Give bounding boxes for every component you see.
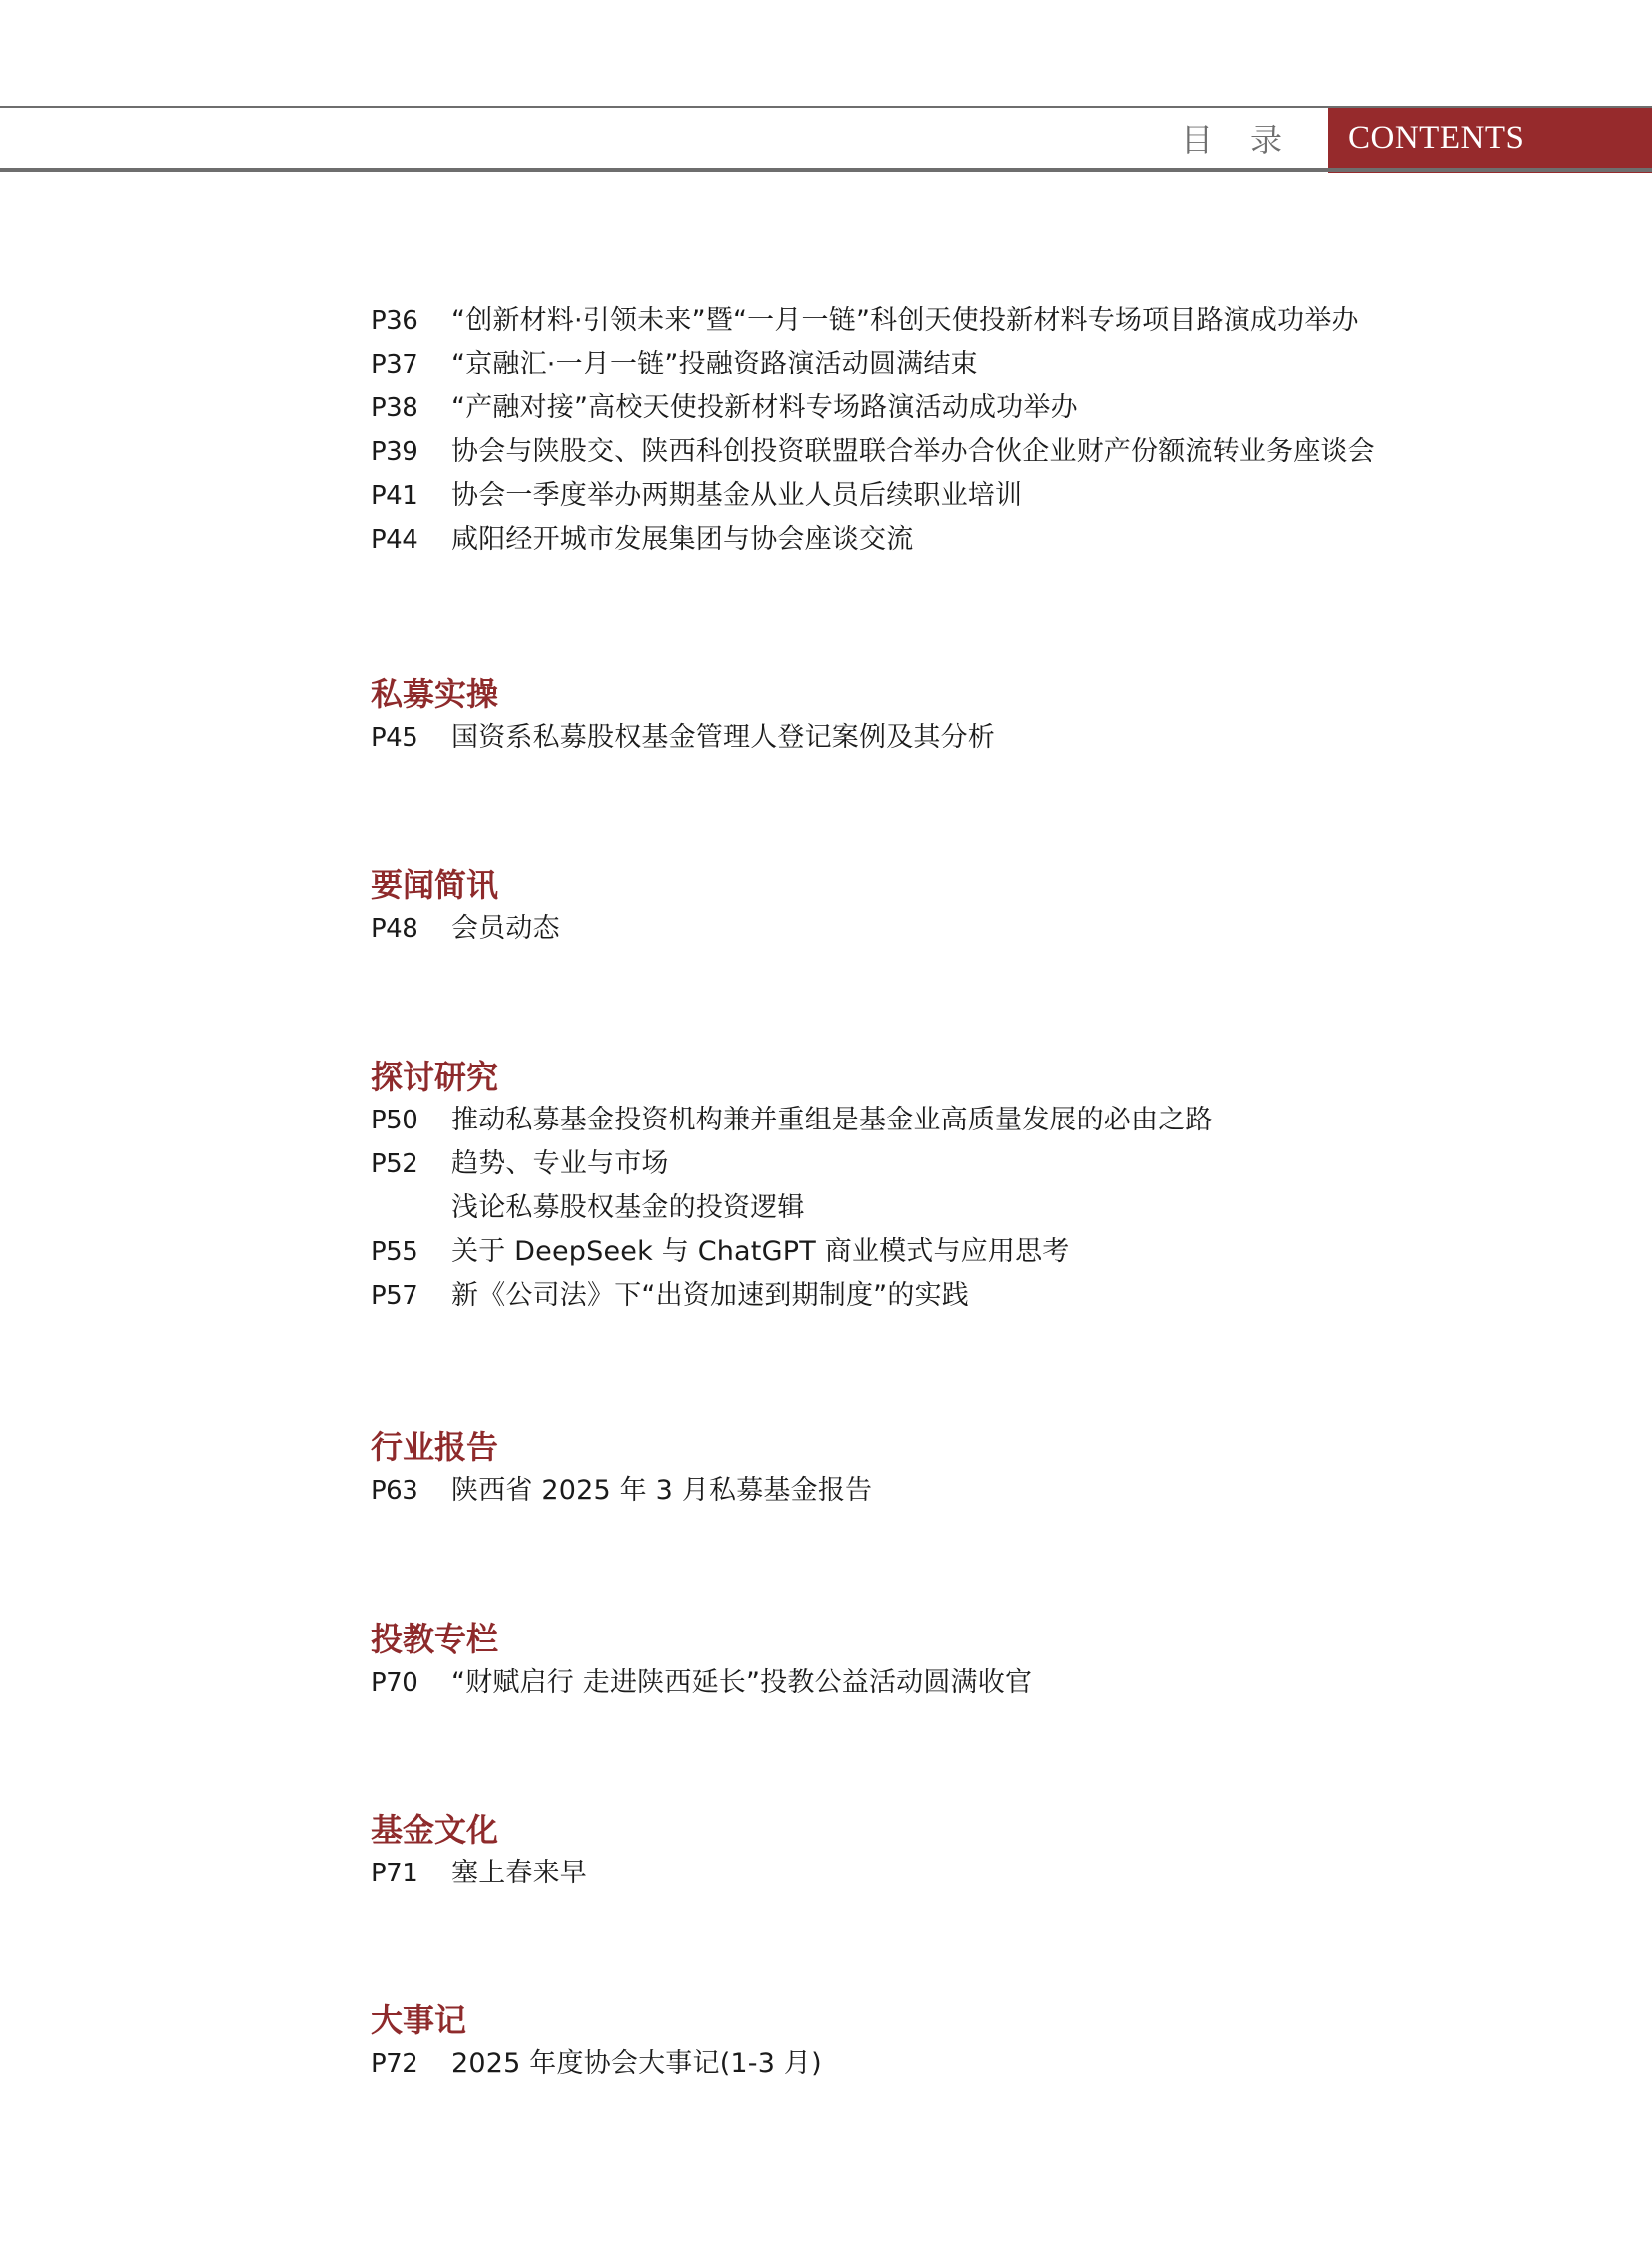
section-heading: 行业报告 <box>371 1425 498 1469</box>
section-investor-education: 投教专栏 P70 “财赋启行 走进陕西延长”投教公益活动圆满收官 <box>371 1617 498 1705</box>
mulu-char-2: 录 <box>1250 118 1282 162</box>
entry-title[interactable]: 2025 年度协会大事记(1-3 月) <box>451 2042 822 2086</box>
toc-entry-continuation[interactable]: 浅论私募股权基金的投资逻辑 <box>371 1186 498 1230</box>
toc-entry[interactable]: P50 推动私募基金投资机构兼并重组是基金业高质量发展的必由之路 <box>371 1099 498 1142</box>
page-number: P55 <box>371 1230 440 1274</box>
section-news-brief: 要闻简讯 P48 会员动态 <box>371 863 498 951</box>
section-industry-report: 行业报告 P63 陕西省 2025 年 3 月私募基金报告 <box>371 1425 498 1513</box>
page-number: P36 <box>371 299 440 343</box>
toc-entry[interactable]: P71 塞上春来早 <box>371 1852 498 1895</box>
entry-title[interactable]: 协会一季度举办两期基金从业人员后续职业培训 <box>451 474 1022 518</box>
section-private-practice: 私募实操 P45 国资系私募股权基金管理人登记案例及其分析 <box>371 672 498 760</box>
entry-title[interactable]: 咸阳经开城市发展集团与协会座谈交流 <box>451 518 913 562</box>
mulu-char-1: 目 <box>1181 118 1213 162</box>
toc-entry[interactable]: P48 会员动态 <box>371 907 498 951</box>
header-bottom-rule <box>0 168 1652 172</box>
toc-entry[interactable]: P52 趋势、专业与市场 <box>371 1142 498 1186</box>
page-number: P57 <box>371 1274 440 1318</box>
entry-title[interactable]: “京融汇·一月一链”投融资路演活动圆满结束 <box>451 343 978 386</box>
entry-title[interactable]: 新《公司法》下“出资加速到期制度”的实践 <box>451 1274 969 1318</box>
entry-title[interactable]: “产融对接”高校天使投新材料专场路演活动成功举办 <box>451 386 1078 430</box>
section-heading: 基金文化 <box>371 1808 498 1852</box>
page-number: P52 <box>371 1142 440 1186</box>
contents-label: CONTENTS <box>1348 118 1524 158</box>
entry-title[interactable]: 国资系私募股权基金管理人登记案例及其分析 <box>451 716 995 760</box>
page-number: P72 <box>371 2042 440 2086</box>
page-number: P39 <box>371 430 440 474</box>
page-number: P38 <box>371 386 440 430</box>
entry-title[interactable]: “财赋启行 走进陕西延长”投教公益活动圆满收官 <box>451 1661 1032 1705</box>
section-heading: 投教专栏 <box>371 1617 498 1661</box>
entry-title[interactable]: “创新材料·引领未来”暨“一月一链”科创天使投新材料专场项目路演成功举办 <box>451 299 1359 343</box>
entry-title[interactable]: 协会与陕股交、陕西科创投资联盟联合举办合伙企业财产份额流转业务座谈会 <box>451 430 1375 474</box>
section-chronicle: 大事记 P72 2025 年度协会大事记(1-3 月) <box>371 1998 466 2086</box>
entry-title[interactable]: 陕西省 2025 年 3 月私募基金报告 <box>451 1469 872 1513</box>
section-heading: 要闻简讯 <box>371 863 498 907</box>
section-heading: 私募实操 <box>371 672 498 716</box>
entry-title[interactable]: 塞上春来早 <box>451 1852 587 1895</box>
toc-entry[interactable]: P72 2025 年度协会大事记(1-3 月) <box>371 2042 466 2086</box>
entry-title[interactable]: 会员动态 <box>451 907 560 951</box>
section-fund-culture: 基金文化 P71 塞上春来早 <box>371 1808 498 1895</box>
entry-title[interactable]: 浅论私募股权基金的投资逻辑 <box>451 1186 805 1230</box>
toc-entry[interactable]: P57 新《公司法》下“出资加速到期制度”的实践 <box>371 1274 498 1318</box>
page-number: P44 <box>371 518 440 562</box>
toc-entry[interactable]: P55 关于 DeepSeek 与 ChatGPT 商业模式与应用思考 <box>371 1230 498 1274</box>
section-research: 探讨研究 P50 推动私募基金投资机构兼并重组是基金业高质量发展的必由之路 P5… <box>371 1055 498 1318</box>
page-number: P63 <box>371 1469 440 1513</box>
page-number: P41 <box>371 474 440 518</box>
toc-entry[interactable]: P45 国资系私募股权基金管理人登记案例及其分析 <box>371 716 498 760</box>
section-heading: 探讨研究 <box>371 1055 498 1099</box>
page-number: P71 <box>371 1852 440 1895</box>
page-number: P70 <box>371 1661 440 1705</box>
contents-banner: CONTENTS <box>1328 108 1652 169</box>
section-heading: 大事记 <box>371 1998 466 2042</box>
page-number: P50 <box>371 1099 440 1142</box>
toc-entry[interactable]: P70 “财赋启行 走进陕西延长”投教公益活动圆满收官 <box>371 1661 498 1705</box>
entry-title[interactable]: 趋势、专业与市场 <box>451 1142 669 1186</box>
toc-entry[interactable]: P63 陕西省 2025 年 3 月私募基金报告 <box>371 1469 498 1513</box>
page-number: P48 <box>371 907 440 951</box>
entry-title[interactable]: 推动私募基金投资机构兼并重组是基金业高质量发展的必由之路 <box>451 1099 1213 1142</box>
entry-title[interactable]: 关于 DeepSeek 与 ChatGPT 商业模式与应用思考 <box>451 1230 1069 1274</box>
page-number: P45 <box>371 716 440 760</box>
page-number: P37 <box>371 343 440 386</box>
